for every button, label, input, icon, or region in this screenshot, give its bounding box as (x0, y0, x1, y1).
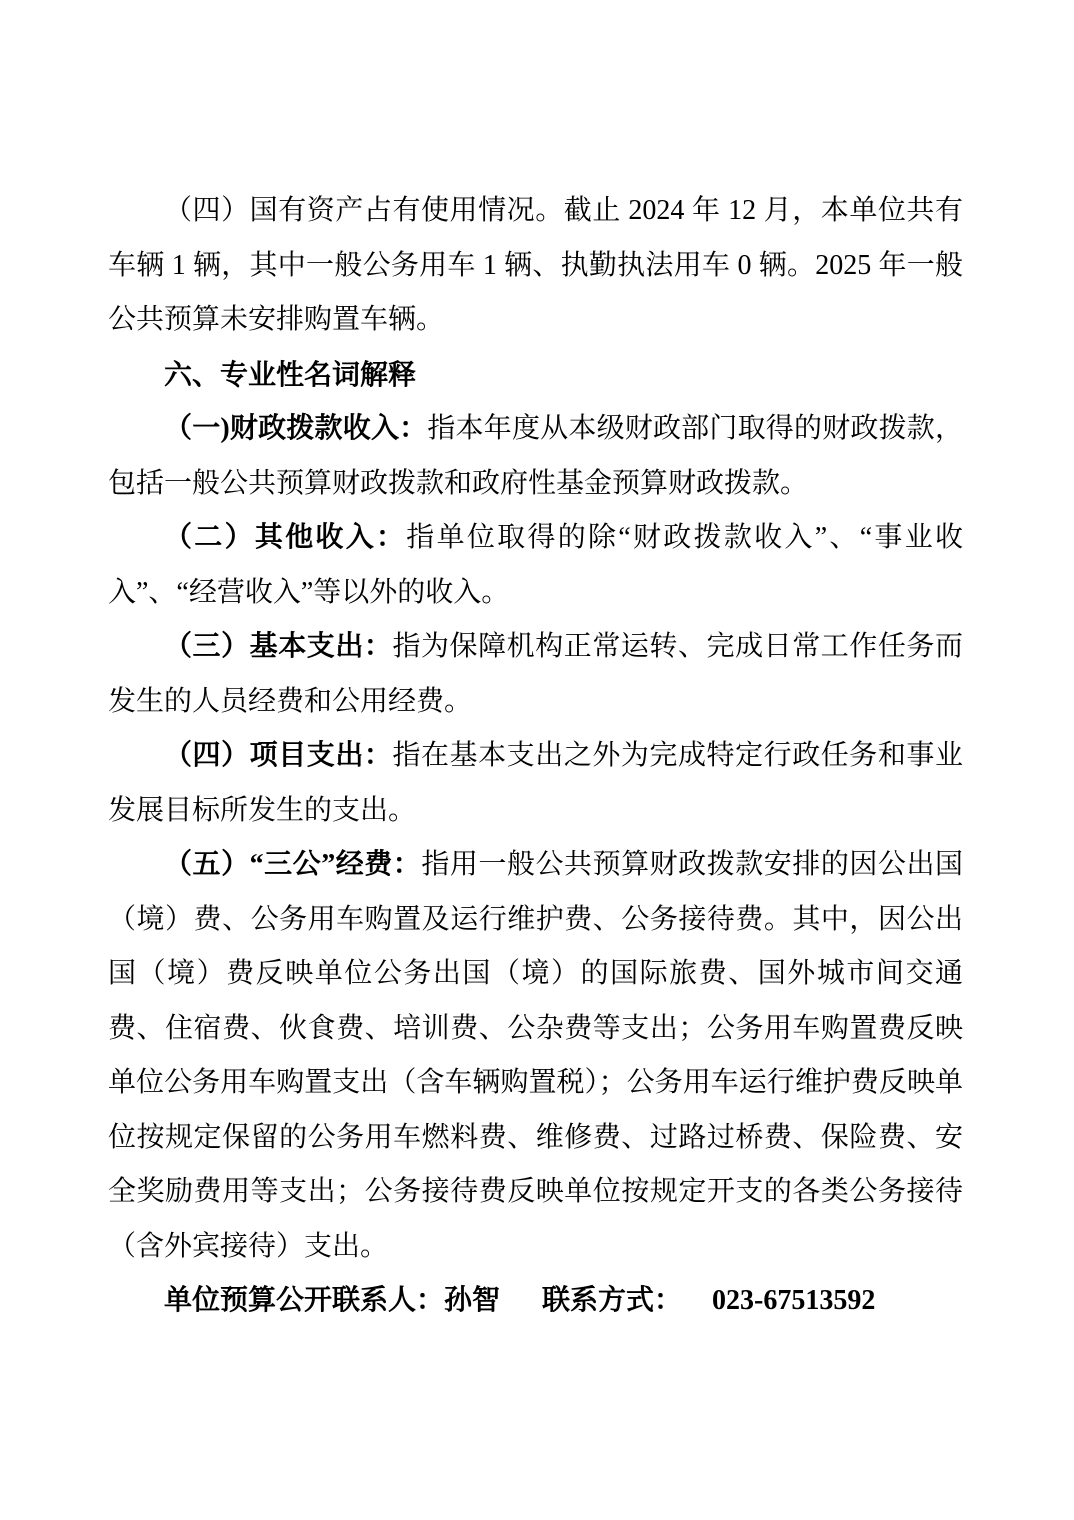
section-heading: 六、专业性名词解释 (108, 348, 963, 403)
definition-other-income: （二）其他收入：指单位取得的除“财政拨款收入”、“事业收入”、“经营收入”等以外… (108, 511, 963, 620)
definition-term: （五）“三公”经费： (164, 849, 421, 880)
contact-line: 单位预算公开联系人：孙智联系方式：023-67513592 (108, 1274, 963, 1329)
definition-fiscal-appropriation-income: （一)财政拨款收入：指本年度从本级财政部门取得的财政拨款，包括一般公共预算财政拨… (108, 402, 963, 511)
definition-term: （三）基本支出： (164, 631, 392, 662)
definition-text: 指用一般公共预算财政拨款安排的因公出国（境）费、公务用车购置及运行维护费、公务接… (108, 849, 963, 1262)
definition-three-public-funds: （五）“三公”经费：指用一般公共预算财政拨款安排的因公出国（境）费、公务用车购置… (108, 838, 963, 1274)
definition-term: （二）其他收入： (164, 522, 406, 553)
contact-phone: 023-67513592 (712, 1285, 875, 1316)
contact-person-label: 单位预算公开联系人： (164, 1285, 444, 1316)
definition-basic-expenditure: （三）基本支出：指为保障机构正常运转、完成日常工作任务而发生的人员经费和公用经费… (108, 620, 963, 729)
contact-person-name: 孙智 (444, 1285, 500, 1316)
document-page: （四）国有资产占有使用情况。截止 2024 年 12 月，本单位共有车辆 1 辆… (0, 0, 1074, 1520)
definition-project-expenditure: （四）项目支出：指在基本支出之外为完成特定行政任务和事业发展目标所发生的支出。 (108, 729, 963, 838)
contact-method-label: 联系方式： (542, 1285, 682, 1316)
definition-term: （一)财政拨款收入： (164, 413, 427, 444)
asset-usage-paragraph: （四）国有资产占有使用情况。截止 2024 年 12 月，本单位共有车辆 1 辆… (108, 184, 963, 348)
definition-term: （四）项目支出： (164, 740, 392, 771)
